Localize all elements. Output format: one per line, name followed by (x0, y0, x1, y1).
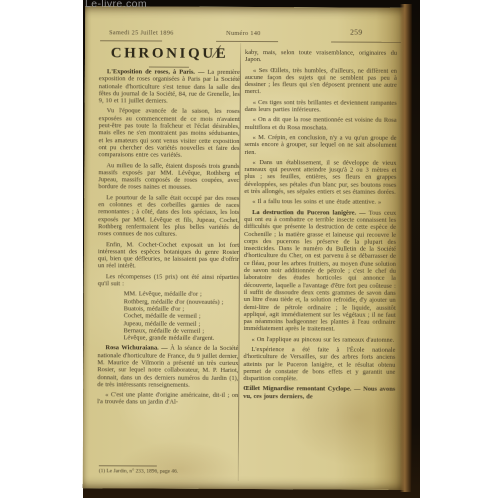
watermark-text: Le-livre.com (85, 0, 147, 10)
header-date: Samedi 25 Juillet 1896 (109, 29, 174, 36)
header-rule-left (100, 40, 162, 41)
footnote-text: (1) Le Jardin, n° 233, 1896, page 46. (99, 468, 239, 475)
header-page-number: 259 (350, 28, 362, 37)
newspaper-page: Samedi 25 Juillet 1896 Numéro 140 259 CH… (83, 6, 409, 490)
paragraph: Le pourtour de la salle était occupé par… (98, 194, 239, 239)
paragraph-text: « On a dit que la rose mentionnée est vo… (245, 116, 397, 131)
paragraph: Lévêque, grande médaille d'argent. (124, 334, 239, 342)
page-spine-edge (400, 4, 412, 492)
left-column: L'Exposition de roses, à Paris. — La pre… (97, 68, 240, 461)
paragraph-text: Les récompenses (15 prix) ont été ainsi … (98, 273, 239, 287)
paragraph-lead: Rosa Wichuraiana. — (105, 345, 170, 352)
paragraph: Enfin, M. Cochet-Cochet exposait un lot … (98, 241, 239, 271)
paragraph-text: « On l'applique au pinceau sur les ramea… (252, 336, 395, 344)
paragraph-text: MM. Lévêque, médaille d'or ; (124, 291, 202, 298)
paragraph: Les récompenses (15 prix) ont été ainsi … (98, 273, 239, 288)
paragraph: « Dans un établissement, il se développe… (244, 159, 396, 196)
paragraph: Rosa Wichuraiana. — À la séance de la So… (97, 345, 238, 390)
title-underline (149, 66, 189, 67)
paragraph: kaby, mais, selon toute vraisemblance, o… (245, 49, 397, 64)
paragraph-text: « Ces tiges sont très brillantes et devi… (245, 99, 397, 114)
paragraph-text: À la séance de la Société nationale d'ho… (97, 345, 238, 389)
paragraph-text: « Dans un établissement, il se développe… (244, 159, 396, 196)
paragraph-text: L'expérience a été faite à l'École natio… (243, 346, 395, 382)
paragraph: « Il a fallu tous les soins et une étude… (244, 198, 396, 206)
paragraph-text: kaby, mais, selon toute vraisemblance, o… (245, 49, 397, 63)
paragraph-text: « M. Crépin, en conclusion, n'y a vu qu'… (244, 134, 396, 156)
paragraph-text: « C'est une plante d'origine américaine,… (97, 391, 238, 406)
paragraph: « C'est une plante d'origine américaine,… (97, 391, 238, 406)
paragraph: « On a dit que la rose mentionnée est vo… (245, 116, 397, 131)
paragraph: Œillet Mignardise remontant Cyclope. — N… (243, 385, 395, 400)
paragraph: « M. Crépin, en conclusion, n'y a vu qu'… (244, 134, 396, 157)
header-issue-number: Numéro 140 (226, 30, 261, 37)
paragraph-text: Enfin, M. Cochet-Cochet exposait un lot … (98, 241, 239, 270)
paragraph: Au milieu de la salle, étaient disposés … (98, 162, 239, 192)
header-rule-center (216, 41, 278, 42)
paragraph: « Ces tiges sont très brillantes et devi… (245, 99, 397, 114)
paragraph-text: « Ses Œillets, très humbles, d'ailleurs,… (245, 67, 397, 96)
paragraph-text: Jupeau, médaille de vermeil ; (124, 320, 201, 327)
paragraph: Vu l'époque avancée de la saison, les ro… (98, 108, 239, 160)
paragraph-text: Au milieu de la salle, étaient disposés … (98, 162, 239, 191)
paragraph-text: Vu l'époque avancée de la saison, les ro… (98, 108, 239, 159)
paragraph: L'Exposition de roses, à Paris. — La pre… (99, 68, 240, 105)
paragraph: « On l'applique au pinceau sur les ramea… (244, 336, 396, 344)
header-rule-right (331, 41, 401, 42)
paragraph-text: Cochet, médaille de vermeil ; (124, 313, 201, 320)
paragraph-text: Bernaux, médaille de vermeil ; (124, 327, 205, 334)
paragraph-text: Buatois, médaille d'or ; (124, 305, 185, 312)
paragraph-text: Le pourtour de la salle était occupé par… (98, 194, 239, 238)
paragraph-text: Tous ceux qui ont eu à combattre ce terr… (244, 209, 397, 333)
paragraph-text: « Il a fallu tous les soins et une étude… (252, 198, 381, 206)
scanned-page-image: Le-livre.com Samedi 25 Juillet 1896 Numé… (83, 0, 420, 498)
paragraph: « Ses Œillets, très humbles, d'ailleurs,… (245, 67, 397, 97)
footnote-rule (99, 465, 157, 466)
paragraph: L'expérience a été faite à l'École natio… (243, 346, 395, 383)
right-column: kaby, mais, selon toute vraisemblance, o… (243, 49, 397, 480)
paragraph: La destruction du Puceron lanigère. — To… (244, 209, 397, 334)
paragraph-text: Lévêque, grande médaille d'argent. (124, 334, 215, 341)
